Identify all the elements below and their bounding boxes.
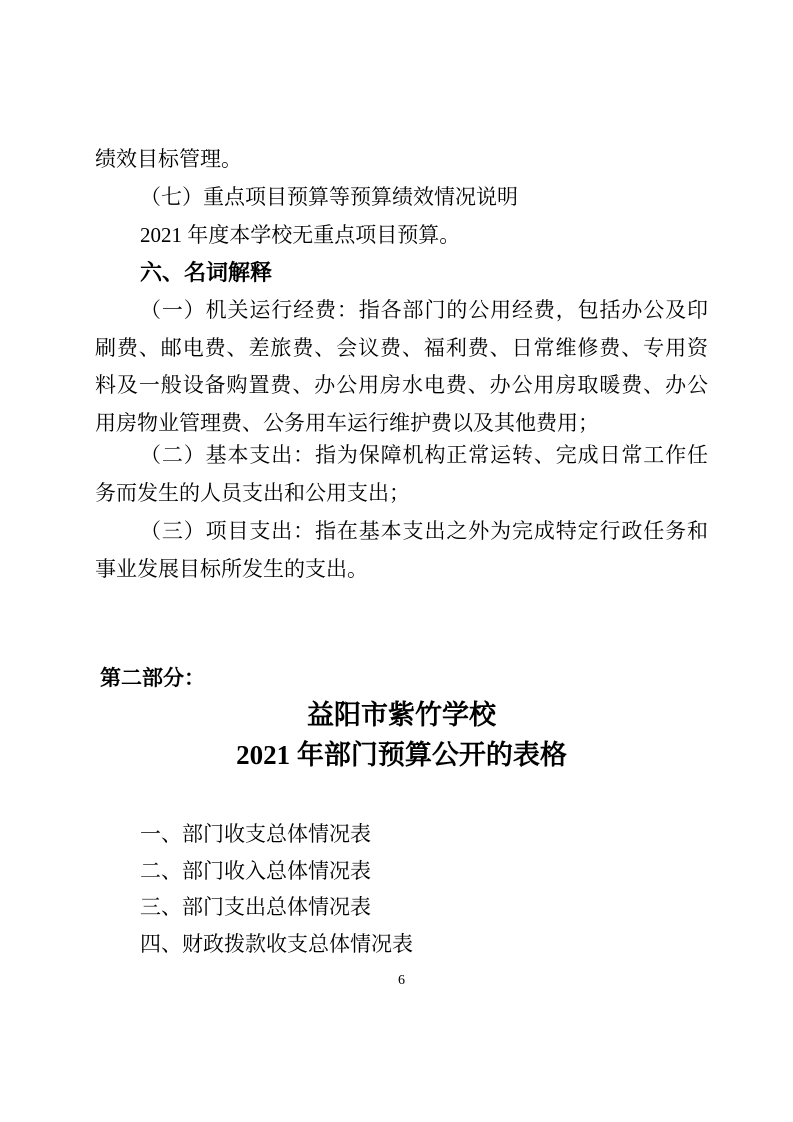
paragraph-performance-management: 绩效目标管理。 (95, 141, 708, 179)
table-list: 一、部门收支总体情况表 二、部门收入总体情况表 三、部门支出总体情况表 四、财政… (95, 816, 708, 962)
term-definition-3: （三）项目支出：指在基本支出之外为完成特定行政任务和 事业发展目标所发生的支出。 (95, 513, 708, 588)
paragraph-line: 绩效目标管理。 (95, 141, 708, 179)
term-line: 事业发展目标所发生的支出。 (95, 551, 708, 589)
page-number: 6 (95, 971, 708, 991)
table-list-item-2: 二、部门收入总体情况表 (95, 853, 708, 890)
document-title: 益阳市紫竹学校 2021 年部门预算公开的表格 (95, 695, 708, 775)
table-list-item-3: 三、部门支出总体情况表 (95, 889, 708, 926)
section-six-heading: 六、名词解释 (95, 254, 708, 292)
term-line: 刷费、邮电费、差旅费、会议费、福利费、日常维修费、专用资 (95, 330, 708, 368)
paragraph-line: 2021 年度本学校无重点项目预算。 (95, 217, 708, 255)
term-line: 料及一般设备购置费、办公用房水电费、办公用房取暖费、办公 (95, 367, 708, 405)
term-line: 务而发生的人员支出和公用支出； (95, 475, 708, 513)
document-page: 绩效目标管理。 （七）重点项目预算等预算绩效情况说明 2021 年度本学校无重点… (0, 0, 793, 1122)
item-seven-body: 2021 年度本学校无重点项目预算。 (95, 217, 708, 255)
term-definition-1: （一）机关运行经费：指各部门的公用经费，包括办公及印 刷费、邮电费、差旅费、会议… (95, 292, 708, 442)
table-list-item-1: 一、部门收支总体情况表 (95, 816, 708, 853)
item-seven-heading: （七）重点项目预算等预算绩效情况说明 (95, 179, 708, 217)
term-line: （一）机关运行经费：指各部门的公用经费，包括办公及印 (95, 292, 708, 330)
table-list-item-4: 四、财政拨款收支总体情况表 (95, 926, 708, 963)
paragraph-line: （七）重点项目预算等预算绩效情况说明 (95, 179, 708, 217)
term-definition-2: （二）基本支出：指为保障机构正常运转、完成日常工作任 务而发生的人员支出和公用支… (95, 437, 708, 512)
title-line-2: 2021 年部门预算公开的表格 (95, 735, 708, 775)
section-heading-text: 六、名词解释 (95, 254, 708, 292)
title-line-1: 益阳市紫竹学校 (95, 695, 708, 735)
part-two-label: 第二部分： (100, 664, 205, 694)
term-line: （二）基本支出：指为保障机构正常运转、完成日常工作任 (95, 437, 708, 475)
term-line: （三）项目支出：指在基本支出之外为完成特定行政任务和 (95, 513, 708, 551)
